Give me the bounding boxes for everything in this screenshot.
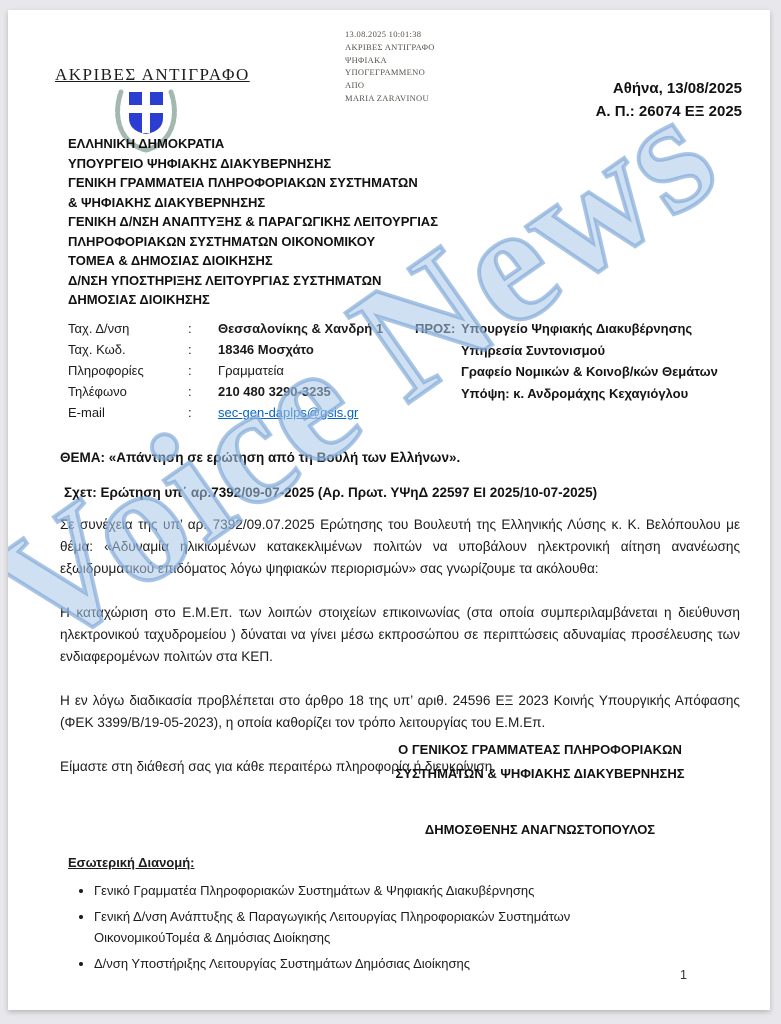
contact-value-info: Γραμματεία bbox=[218, 360, 284, 381]
letterhead-line: ΔΗΜΟΣΙΑΣ ΔΙΟΙΚΗΣΗΣ bbox=[68, 290, 438, 310]
stamp-line: 13.08.2025 10:01:38 bbox=[345, 28, 435, 41]
contact-colon: : bbox=[188, 381, 218, 402]
letterhead-line: ΕΛΛΗΝΙΚΗ ΔΗΜΟΚΡΑΤΙΑ bbox=[68, 134, 438, 154]
stamp-line: ΑΠΟ bbox=[345, 79, 435, 92]
letterhead-line: Δ/ΝΣΗ ΥΠΟΣΤΗΡΙΞΗΣ ΛΕΙΤΟΥΡΓΙΑΣ ΣΥΣΤΗΜΑΤΩΝ bbox=[68, 271, 438, 291]
contact-colon: : bbox=[188, 339, 218, 360]
digital-signature-stamp: 13.08.2025 10:01:38 ΑΚΡΙΒΕΣ ΑΝΤΙΓΡΑΦΟ ΨΗ… bbox=[345, 28, 435, 105]
distribution-list: Γενικό Γραμματέα Πληροφοριακών Συστημάτω… bbox=[68, 880, 654, 974]
screenshot-root: { "copy_stamp": { "title": "ΑΚΡΙΒΕΣ ΑΝΤΙ… bbox=[0, 0, 781, 1024]
recipient-line: Υπηρεσία Συντονισμού bbox=[461, 340, 718, 362]
contact-label: Τηλέφωνο bbox=[68, 381, 188, 402]
contact-label: Ταχ. Δ/νση bbox=[68, 318, 188, 339]
recipient-line: Υπουργείο Ψηφιακής Διακυβέρνησης bbox=[461, 318, 718, 340]
protocol-number: Α. Π.: 26074 ΕΞ 2025 bbox=[596, 101, 742, 124]
distribution-item: Δ/νση Υποστήριξης Λειτουργίας Συστημάτων… bbox=[94, 953, 654, 974]
recipient-label: ΠΡΟΣ: bbox=[415, 318, 461, 404]
distribution-item: Γενικό Γραμματέα Πληροφοριακών Συστημάτω… bbox=[94, 880, 654, 901]
body-paragraph: Η καταχώριση στο Ε.Μ.Επ. των λοιπών στοι… bbox=[60, 602, 740, 668]
contact-colon: : bbox=[188, 360, 218, 381]
contact-row: Ταχ. Κωδ. : 18346 Μοσχάτο bbox=[68, 339, 383, 360]
stamp-line: MARIA ZARAVINOU bbox=[345, 92, 435, 105]
recipient-block: ΠΡΟΣ: Υπουργείο Ψηφιακής Διακυβέρνησης Υ… bbox=[415, 318, 718, 404]
contact-row: Τηλέφωνο : 210 480 3290-3235 bbox=[68, 381, 383, 402]
reference-line: Σχετ: Ερώτηση υπ΄ αρ.7392/09-07-2025 (Αρ… bbox=[64, 485, 597, 500]
body-paragraph: Η εν λόγω διαδικασία προβλέπεται στο άρθ… bbox=[60, 690, 740, 734]
letterhead-line: ΠΛΗΡΟΦΟΡΙΑΚΩΝ ΣΥΣΤΗΜΑΤΩΝ ΟΙΚΟΝΟΜΙΚΟΥ bbox=[68, 232, 438, 252]
contact-label: E-mail bbox=[68, 402, 188, 423]
letterhead: ΕΛΛΗΝΙΚΗ ΔΗΜΟΚΡΑΤΙΑ ΥΠΟΥΡΓΕΙΟ ΨΗΦΙΑΚΗΣ Δ… bbox=[68, 134, 438, 310]
email-link[interactable]: sec-gen-daplps@gsis.gr bbox=[218, 402, 358, 423]
contact-row: Πληροφορίες : Γραμματεία bbox=[68, 360, 383, 381]
signatory-title: Ο ΓΕΝΙΚΟΣ ΓΡΑΜΜΑΤΕΑΣ ΠΛΗΡΟΦΟΡΙΑΚΩΝ bbox=[328, 738, 752, 762]
city-date: Αθήνα, 13/08/2025 bbox=[596, 78, 742, 101]
contact-row: Ταχ. Δ/νση : Θεσσαλονίκης & Χανδρή 1 bbox=[68, 318, 383, 339]
contact-colon: : bbox=[188, 318, 218, 339]
contact-colon: : bbox=[188, 402, 218, 423]
body-paragraph: Σε συνέχεια της υπ’ αρ. 7392/09.07.2025 … bbox=[60, 514, 740, 580]
recipient-line: Γραφείο Νομικών & Κοινοβ/κών Θεμάτων bbox=[461, 361, 718, 383]
signatory-name: ΔΗΜΟΣΘΕΝΗΣ ΑΝΑΓΝΩΣΤΟΠΟΥΛΟΣ bbox=[328, 818, 752, 842]
stamp-line: ΥΠΟΓΕΓΡΑΜΜΕΝΟ bbox=[345, 66, 435, 79]
page-number: 1 bbox=[680, 968, 687, 982]
contact-block: Ταχ. Δ/νση : Θεσσαλονίκης & Χανδρή 1 Ταχ… bbox=[68, 318, 383, 423]
recipient-lines: Υπουργείο Ψηφιακής Διακυβέρνησης Υπηρεσί… bbox=[461, 318, 718, 404]
contact-row: E-mail : sec-gen-daplps@gsis.gr bbox=[68, 402, 383, 423]
signature-block: Ο ΓΕΝΙΚΟΣ ΓΡΑΜΜΑΤΕΑΣ ΠΛΗΡΟΦΟΡΙΑΚΩΝ ΣΥΣΤΗ… bbox=[328, 738, 752, 842]
internal-distribution: Εσωτερική Διανομή: Γενικό Γραμματέα Πληρ… bbox=[68, 855, 654, 979]
dateline: Αθήνα, 13/08/2025 Α. Π.: 26074 ΕΞ 2025 bbox=[596, 78, 742, 123]
letterhead-line: ΥΠΟΥΡΓΕΙΟ ΨΗΦΙΑΚΗΣ ΔΙΑΚΥΒΕΡΝΗΣΗΣ bbox=[68, 154, 438, 174]
contact-value-postcode: 18346 Μοσχάτο bbox=[218, 339, 314, 360]
subject-line: ΘΕΜΑ: «Απάντηση σε ερώτηση από τη Βουλή … bbox=[60, 450, 460, 465]
contact-value-address: Θεσσαλονίκης & Χανδρή 1 bbox=[218, 318, 383, 339]
recipient-line: Υπόψη: κ. Ανδρομάχης Κεχαγιόγλου bbox=[461, 383, 718, 405]
letterhead-line: ΤΟΜΕΑ & ΔΗΜΟΣΙΑΣ ΔΙΟΙΚΗΣΗΣ bbox=[68, 251, 438, 271]
distribution-item: Γενική Δ/νση Ανάπτυξης & Παραγωγικής Λει… bbox=[94, 906, 654, 948]
letterhead-line: ΓΕΝΙΚΗ ΓΡΑΜΜΑΤΕΙΑ ΠΛΗΡΟΦΟΡΙΑΚΩΝ ΣΥΣΤΗΜΑΤ… bbox=[68, 173, 438, 193]
document-page: ΑΚΡΙΒΕΣ ΑΝΤΙΓΡΑΦΟ 13.08.2025 10:01:38 ΑΚ… bbox=[8, 10, 770, 1010]
contact-label: Ταχ. Κωδ. bbox=[68, 339, 188, 360]
letterhead-line: ΓΕΝΙΚΗ Δ/ΝΣΗ ΑΝΑΠΤΥΞΗΣ & ΠΑΡΑΓΩΓΙΚΗΣ ΛΕΙ… bbox=[68, 212, 438, 232]
stamp-line: ΑΚΡΙΒΕΣ ΑΝΤΙΓΡΑΦΟ bbox=[345, 41, 435, 54]
stamp-line: ΨΗΦΙΑΚΑ bbox=[345, 54, 435, 67]
contact-label: Πληροφορίες bbox=[68, 360, 188, 381]
contact-value-phone: 210 480 3290-3235 bbox=[218, 381, 331, 402]
signatory-title: ΣΥΣΤΗΜΑΤΩΝ & ΨΗΦΙΑΚΗΣ ΔΙΑΚΥΒΕΡΝΗΣΗΣ bbox=[328, 762, 752, 786]
letterhead-line: & ΨΗΦΙΑΚΗΣ ΔΙΑΚΥΒΕΡΝΗΣΗΣ bbox=[68, 193, 438, 213]
distribution-title: Εσωτερική Διανομή: bbox=[68, 855, 654, 870]
